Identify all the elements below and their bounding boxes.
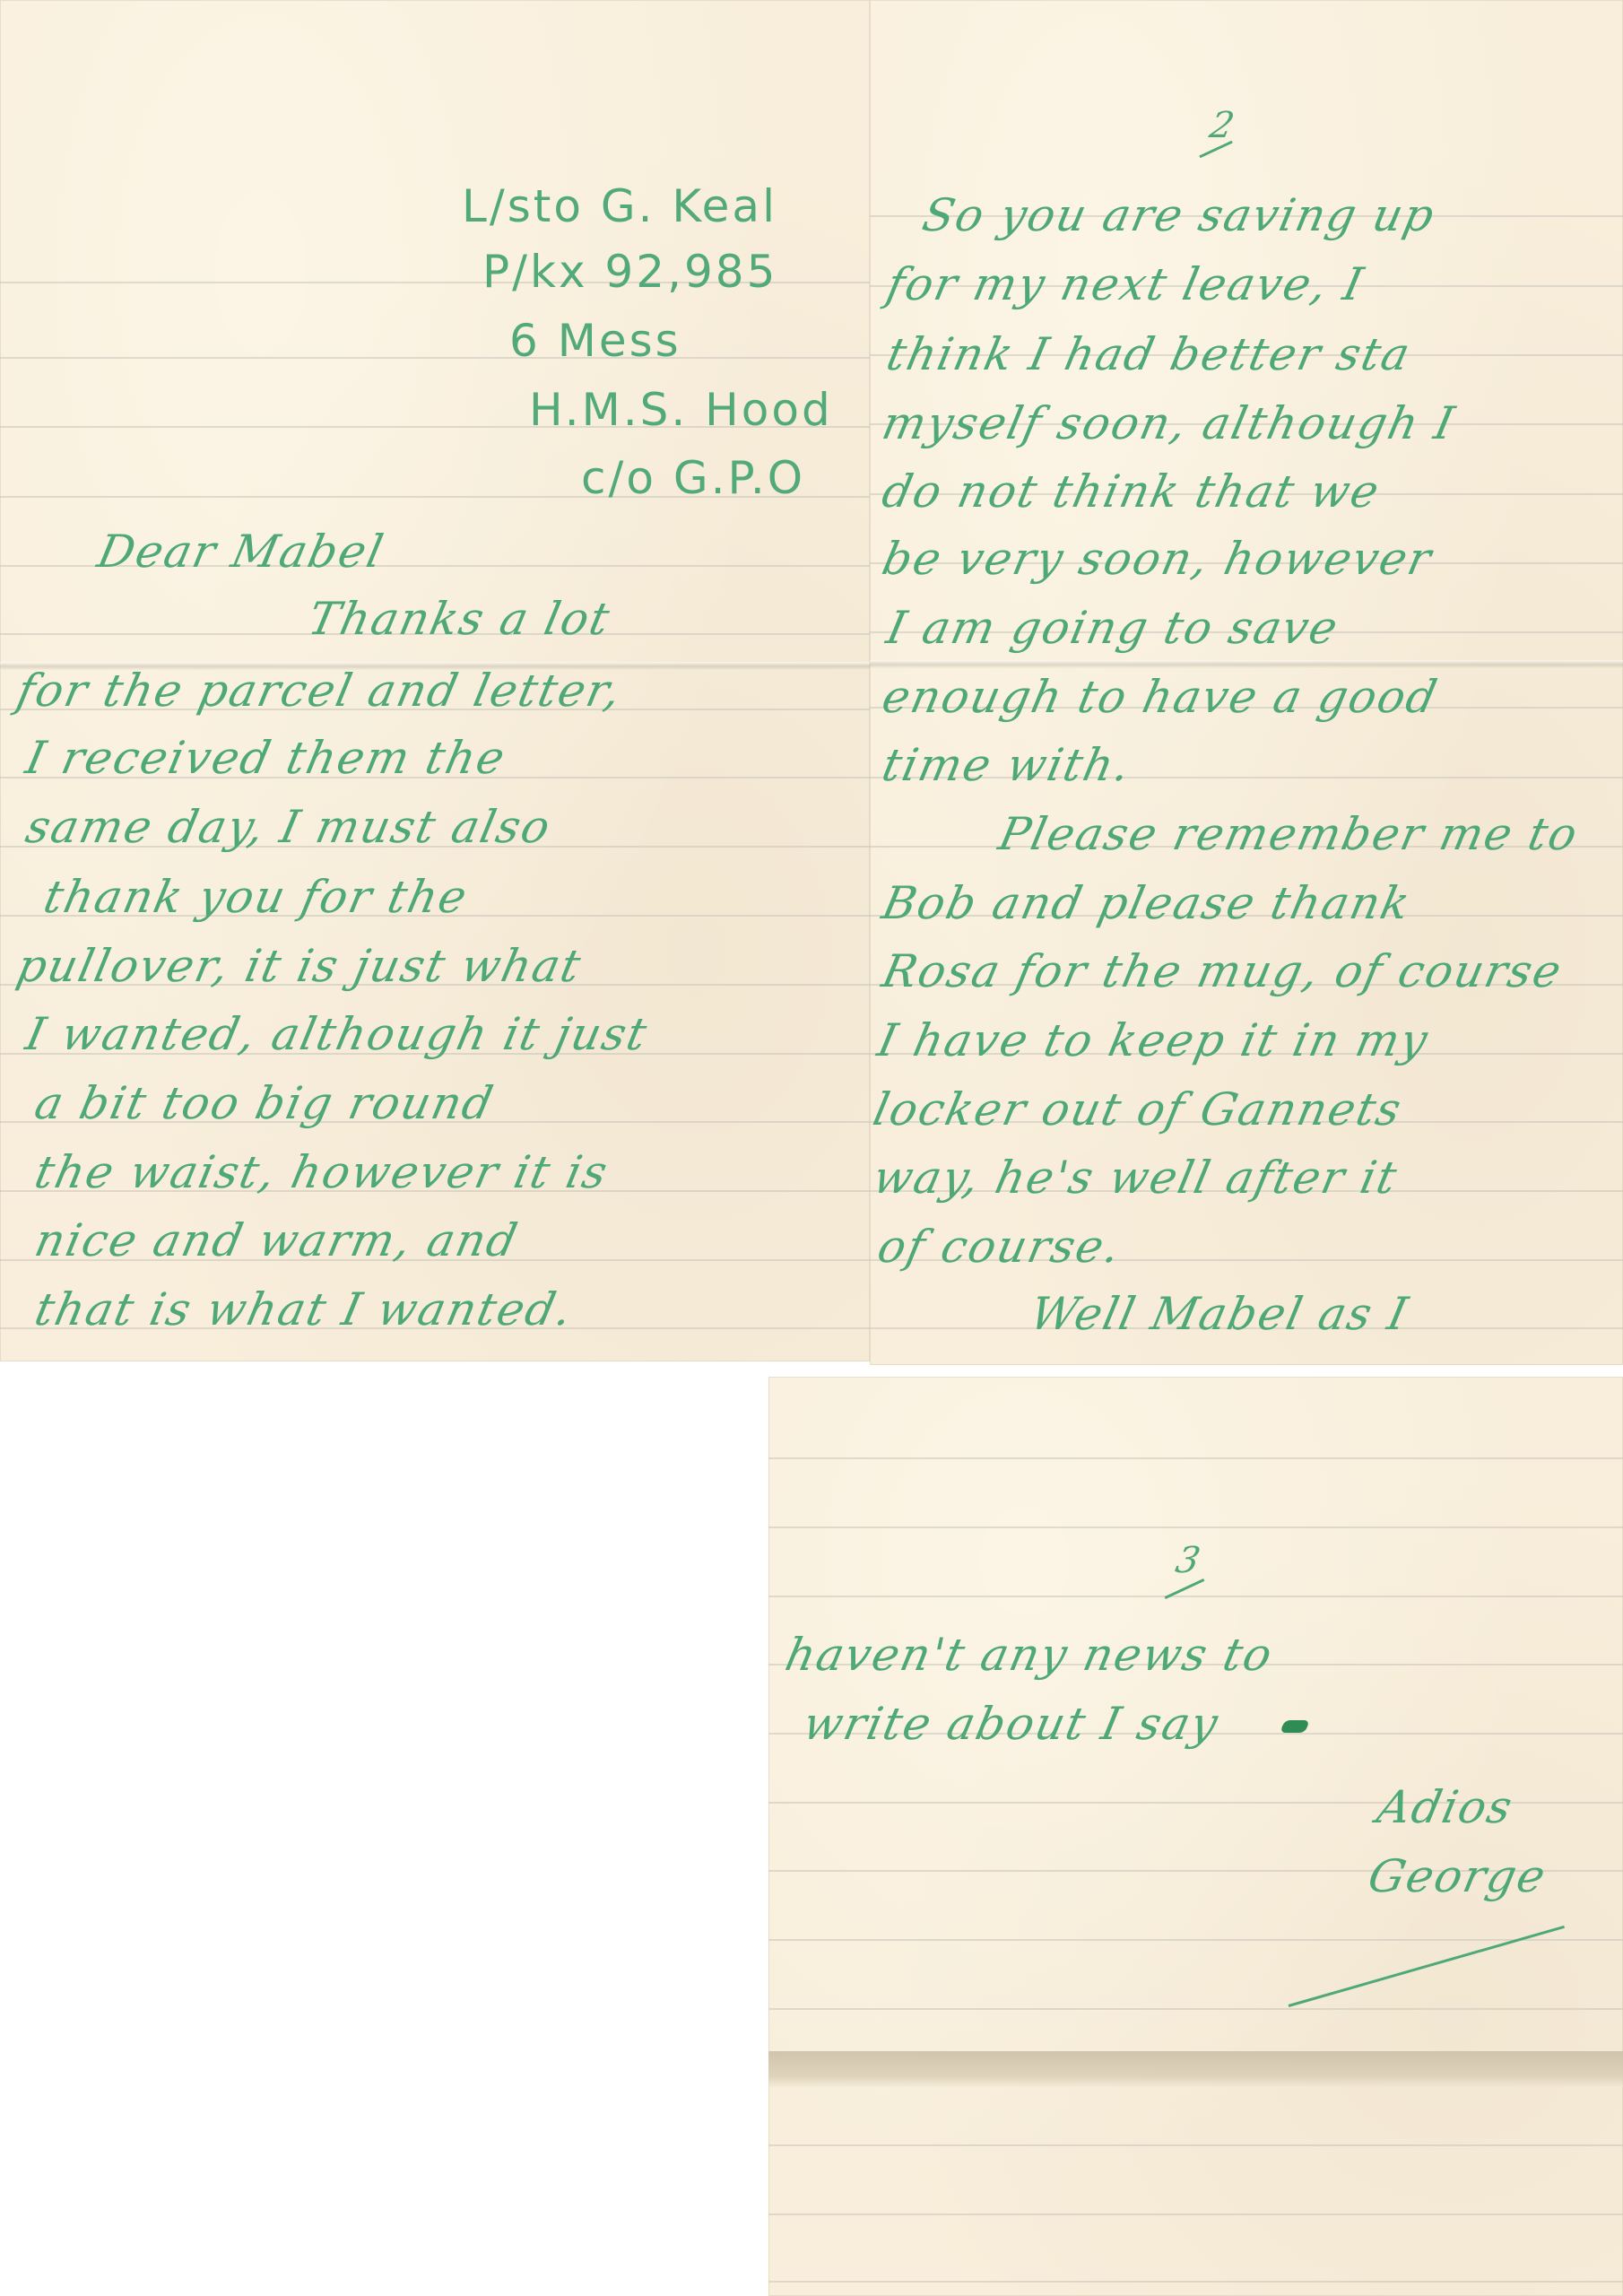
page-number: 2 — [1207, 108, 1239, 143]
ink-blot — [1280, 1720, 1309, 1733]
body-line: I wanted, although it just — [22, 1012, 653, 1057]
address-line: c/o G.P.O — [581, 456, 805, 500]
signature: George — [1365, 1854, 1551, 1899]
signature-flourish — [1289, 1926, 1565, 2007]
body-line: Please remember me to — [995, 812, 1583, 857]
body-line: do not think that we — [879, 469, 1384, 514]
body-line: think I had better sta — [883, 332, 1416, 377]
ruled-line — [768, 1939, 1623, 1941]
closing: Adios — [1374, 1785, 1518, 1830]
letter-sheet-2: 2 So you are saving up for my next leave… — [870, 0, 1623, 1365]
body-line: I have to keep it in my — [874, 1018, 1433, 1063]
body-line: be very soon, however — [879, 536, 1436, 581]
body-line: myself soon, although I — [879, 401, 1460, 446]
ruled-line — [768, 2213, 1623, 2215]
ruled-line — [768, 1596, 1623, 1597]
body-line: locker out of Gannets — [870, 1087, 1407, 1132]
body-line: of course. — [874, 1224, 1125, 1269]
body-line: pullover, it is just what — [13, 944, 586, 988]
letter-sheet-3: 3 haven't any news to write about I say … — [768, 1377, 1623, 2296]
address-line: H.M.S. Hood — [529, 387, 833, 432]
address-line: 6 Mess — [509, 318, 681, 363]
body-line: write about I say — [800, 1701, 1223, 1746]
letter-sheet-1: L/sto G. Keal P/kx 92,985 6 Mess H.M.S. … — [0, 0, 870, 1361]
body-line: I am going to save — [883, 605, 1343, 650]
body-line: the waist, however it is — [31, 1150, 613, 1195]
body-line: Bob and please thank — [879, 881, 1415, 926]
body-line: Well Mabel as I — [1027, 1291, 1413, 1336]
body-line: Thanks a lot — [305, 596, 615, 641]
body-line: time with. — [879, 743, 1136, 787]
ruled-line — [768, 1457, 1623, 1459]
body-line: that is what I wanted. — [31, 1287, 577, 1332]
ruled-line — [768, 1526, 1623, 1528]
body-line: a bit too big round — [31, 1081, 499, 1126]
body-line: same day, I must also — [22, 804, 556, 849]
body-line: haven't any news to — [782, 1632, 1278, 1677]
ruled-line — [0, 357, 870, 359]
page-number: 3 — [1173, 1543, 1205, 1578]
body-line: for my next leave, I — [883, 262, 1368, 307]
body-line: thank you for the — [40, 874, 473, 919]
ruled-line — [768, 2281, 1623, 2283]
fold-crease — [768, 2051, 1623, 2087]
address-line: P/kx 92,985 — [482, 249, 777, 294]
ruled-line — [768, 2008, 1623, 2010]
salutation: Dear Mabel — [94, 529, 389, 574]
body-line: Rosa for the mug, of course — [879, 949, 1567, 994]
address-line: L/sto G. Keal — [462, 184, 777, 229]
body-line: way, he's well after it — [870, 1155, 1402, 1200]
body-line: for the parcel and letter, — [13, 668, 627, 713]
ruled-line — [768, 2144, 1623, 2146]
body-line: nice and warm, and — [31, 1218, 523, 1263]
body-line: So you are saving up — [919, 193, 1440, 238]
body-line: enough to have a good — [879, 674, 1443, 719]
body-line: I received them the — [22, 735, 510, 780]
fold-crease — [870, 660, 1623, 669]
